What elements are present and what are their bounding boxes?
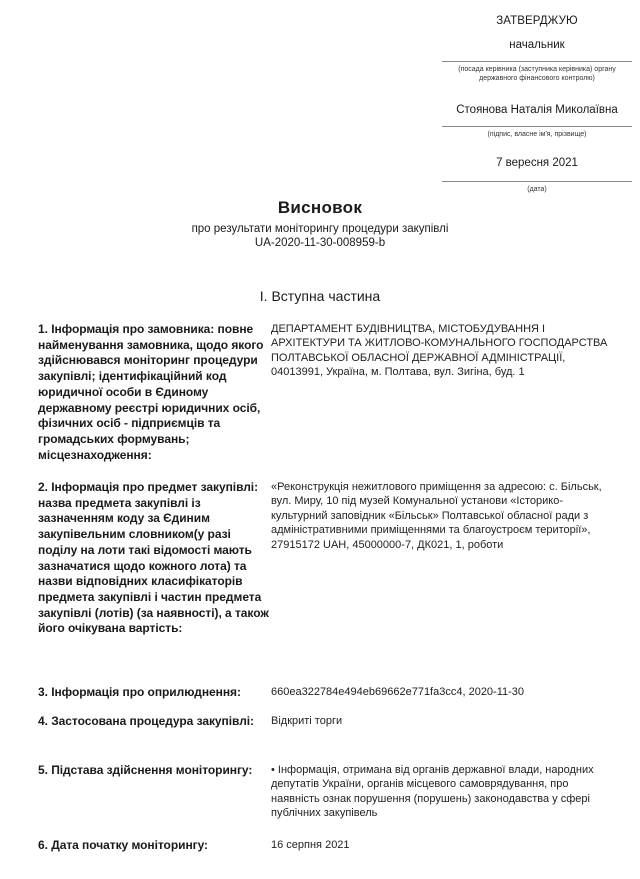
- document-header: Висновок про результати моніторингу проц…: [0, 197, 640, 250]
- row-label: 5. Підстава здійснення моніторингу:: [38, 763, 271, 779]
- row-value: Відкриті торги: [271, 714, 609, 728]
- row-label: 1. Інформація про замовника: повне найме…: [38, 322, 271, 463]
- row-label: 4. Застосована процедура закупівлі:: [38, 714, 271, 730]
- row-label: 3. Інформація про оприлюднення:: [38, 685, 271, 701]
- approver-position: начальник: [442, 38, 632, 52]
- row-value: 660ea322784e494eb69662e771fa3cc4, 2020-1…: [271, 685, 609, 699]
- info-row-start-date: 6. Дата початку моніторингу: 16 серпня 2…: [38, 838, 618, 868]
- document-title: Висновок: [0, 197, 640, 219]
- info-table: 1. Інформація про замовника: повне найме…: [38, 322, 618, 868]
- info-row-subject: 2. Інформація про предмет закупівлі: наз…: [38, 480, 618, 685]
- signature-underline: [442, 126, 632, 127]
- tender-id: UA-2020-11-30-008959-b: [0, 236, 640, 250]
- approval-block: ЗАТВЕРДЖУЮ начальник (посада керівника (…: [442, 14, 632, 194]
- row-label: 2. Інформація про предмет закупівлі: наз…: [38, 480, 271, 637]
- position-underline: [442, 61, 632, 62]
- info-row-publication: 3. Інформація про оприлюднення: 660ea322…: [38, 685, 618, 714]
- approval-heading: ЗАТВЕРДЖУЮ: [442, 14, 632, 28]
- date-underline: [442, 181, 632, 182]
- document-subtitle: про результати моніторингу процедури зак…: [0, 222, 640, 236]
- date-caption: (дата): [442, 185, 632, 194]
- row-value: 16 серпня 2021: [271, 838, 609, 852]
- position-caption: (посада керівника (заступника керівника)…: [442, 65, 632, 83]
- info-row-customer: 1. Інформація про замовника: повне найме…: [38, 322, 618, 480]
- info-row-basis: 5. Підстава здійснення моніторингу: • Ін…: [38, 763, 618, 838]
- section-heading: I. Вступна частина: [0, 287, 640, 305]
- signature-caption: (підпис, власне ім'я, прізвище): [442, 130, 632, 139]
- row-label: 6. Дата початку моніторингу:: [38, 838, 271, 854]
- row-value: «Реконструкція нежитлового приміщення за…: [271, 480, 609, 552]
- row-value: ДЕПАРТАМЕНТ БУДІВНИЦТВА, МІСТОБУДУВАННЯ …: [271, 322, 609, 380]
- info-row-procedure: 4. Застосована процедура закупівлі: Відк…: [38, 714, 618, 763]
- row-value: • Інформація, отримана від органів держа…: [271, 763, 609, 821]
- approver-name: Стоянова Наталія Миколаївна: [442, 103, 632, 117]
- approval-date: 7 вересня 2021: [442, 156, 632, 170]
